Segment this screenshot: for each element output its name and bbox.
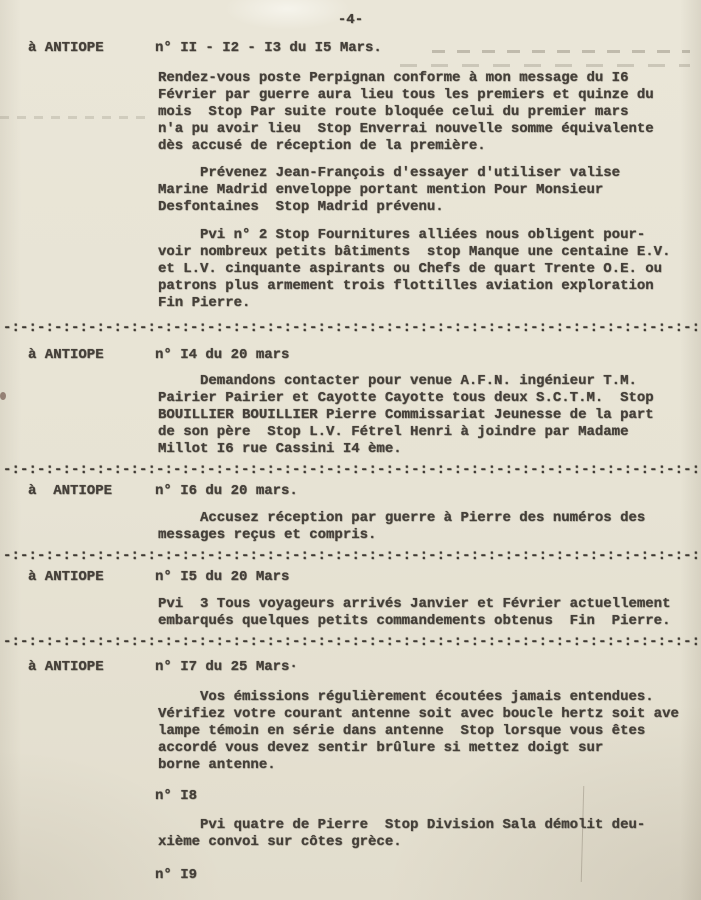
message-number: n° I5 du 20 Mars xyxy=(155,569,289,586)
message-header: n° I9 xyxy=(28,867,701,884)
section-divider: -:-:-:-:-:-:-:-:-:-:-:-:-:-:-:-:-:-:-:-:… xyxy=(3,548,698,565)
message-number: n° II - I2 - I3 du I5 Mars. xyxy=(155,40,382,57)
page-number: -4- xyxy=(0,12,701,29)
message-number: n° I8 xyxy=(155,788,197,805)
message-block: à ANTIOPE n° I4 du 20 mars Demandons con… xyxy=(0,347,701,458)
message-recipient: à ANTIOPE xyxy=(28,347,155,364)
message-header: à ANTIOPE n° II - I2 - I3 du I5 Mars. xyxy=(28,40,701,57)
message-number: n° I7 du 25 Mars· xyxy=(155,659,298,676)
message-paragraph: Rendez-vous poste Perpignan conforme à m… xyxy=(158,70,701,155)
message-recipient: à ANTIOPE xyxy=(28,569,155,586)
message-recipient: à ANTIOPE xyxy=(28,483,155,500)
message-number: n° I9 xyxy=(155,867,197,884)
message-number: n° I4 du 20 mars xyxy=(155,347,289,364)
section-divider: -:-:-:-:-:-:-:-:-:-:-:-:-:-:-:-:-:-:-:-:… xyxy=(3,634,698,651)
message-header: à ANTIOPE n° I5 du 20 Mars xyxy=(28,569,701,586)
message-block: à ANTIOPE n° I7 du 25 Mars· Vos émission… xyxy=(0,659,701,774)
message-header: n° I8 xyxy=(28,788,701,805)
message-recipient xyxy=(28,788,155,805)
message-header: à ANTIOPE n° I6 du 20 mars. xyxy=(28,483,701,500)
message-paragraph: Pvi 3 Tous voyageurs arrivés Janvier et … xyxy=(158,596,701,630)
section-divider: -:-:-:-:-:-:-:-:-:-:-:-:-:-:-:-:-:-:-:-:… xyxy=(3,462,698,479)
message-header: à ANTIOPE n° I4 du 20 mars xyxy=(28,347,701,364)
message-block: à ANTIOPE n° II - I2 - I3 du I5 Mars. Re… xyxy=(0,40,701,312)
message-recipient: à ANTIOPE xyxy=(28,659,155,676)
message-paragraph: Prévenez Jean-François d'essayer d'utili… xyxy=(158,165,701,216)
message-paragraph: Demandons contacter pour venue A.F.N. in… xyxy=(158,373,701,458)
message-block: n° I8 Pvi quatre de Pierre Stop Division… xyxy=(0,788,701,851)
message-recipient: à ANTIOPE xyxy=(28,40,155,57)
message-number: n° I6 du 20 mars. xyxy=(155,483,298,500)
message-block: à ANTIOPE n° I6 du 20 mars. Accusez réce… xyxy=(0,483,701,544)
message-paragraph: Accusez réception par guerre à Pierre de… xyxy=(158,510,701,544)
message-header: à ANTIOPE n° I7 du 25 Mars· xyxy=(28,659,701,676)
message-paragraph: Pvi quatre de Pierre Stop Division Sala … xyxy=(158,817,701,851)
section-divider: -:-:-:-:-:-:-:-:-:-:-:-:-:-:-:-:-:-:-:-:… xyxy=(3,320,698,337)
document-page: -4- à ANTIOPE n° II - I2 - I3 du I5 Mars… xyxy=(0,0,701,900)
message-paragraph: Pvi n° 2 Stop Fournitures alliées nous o… xyxy=(158,227,701,312)
message-recipient xyxy=(28,867,155,884)
message-block: à ANTIOPE n° I5 du 20 Mars Pvi 3 Tous vo… xyxy=(0,569,701,630)
message-block: n° I9 xyxy=(0,867,701,884)
message-paragraph: Vos émissions régulièrement écoutées jam… xyxy=(158,689,701,774)
